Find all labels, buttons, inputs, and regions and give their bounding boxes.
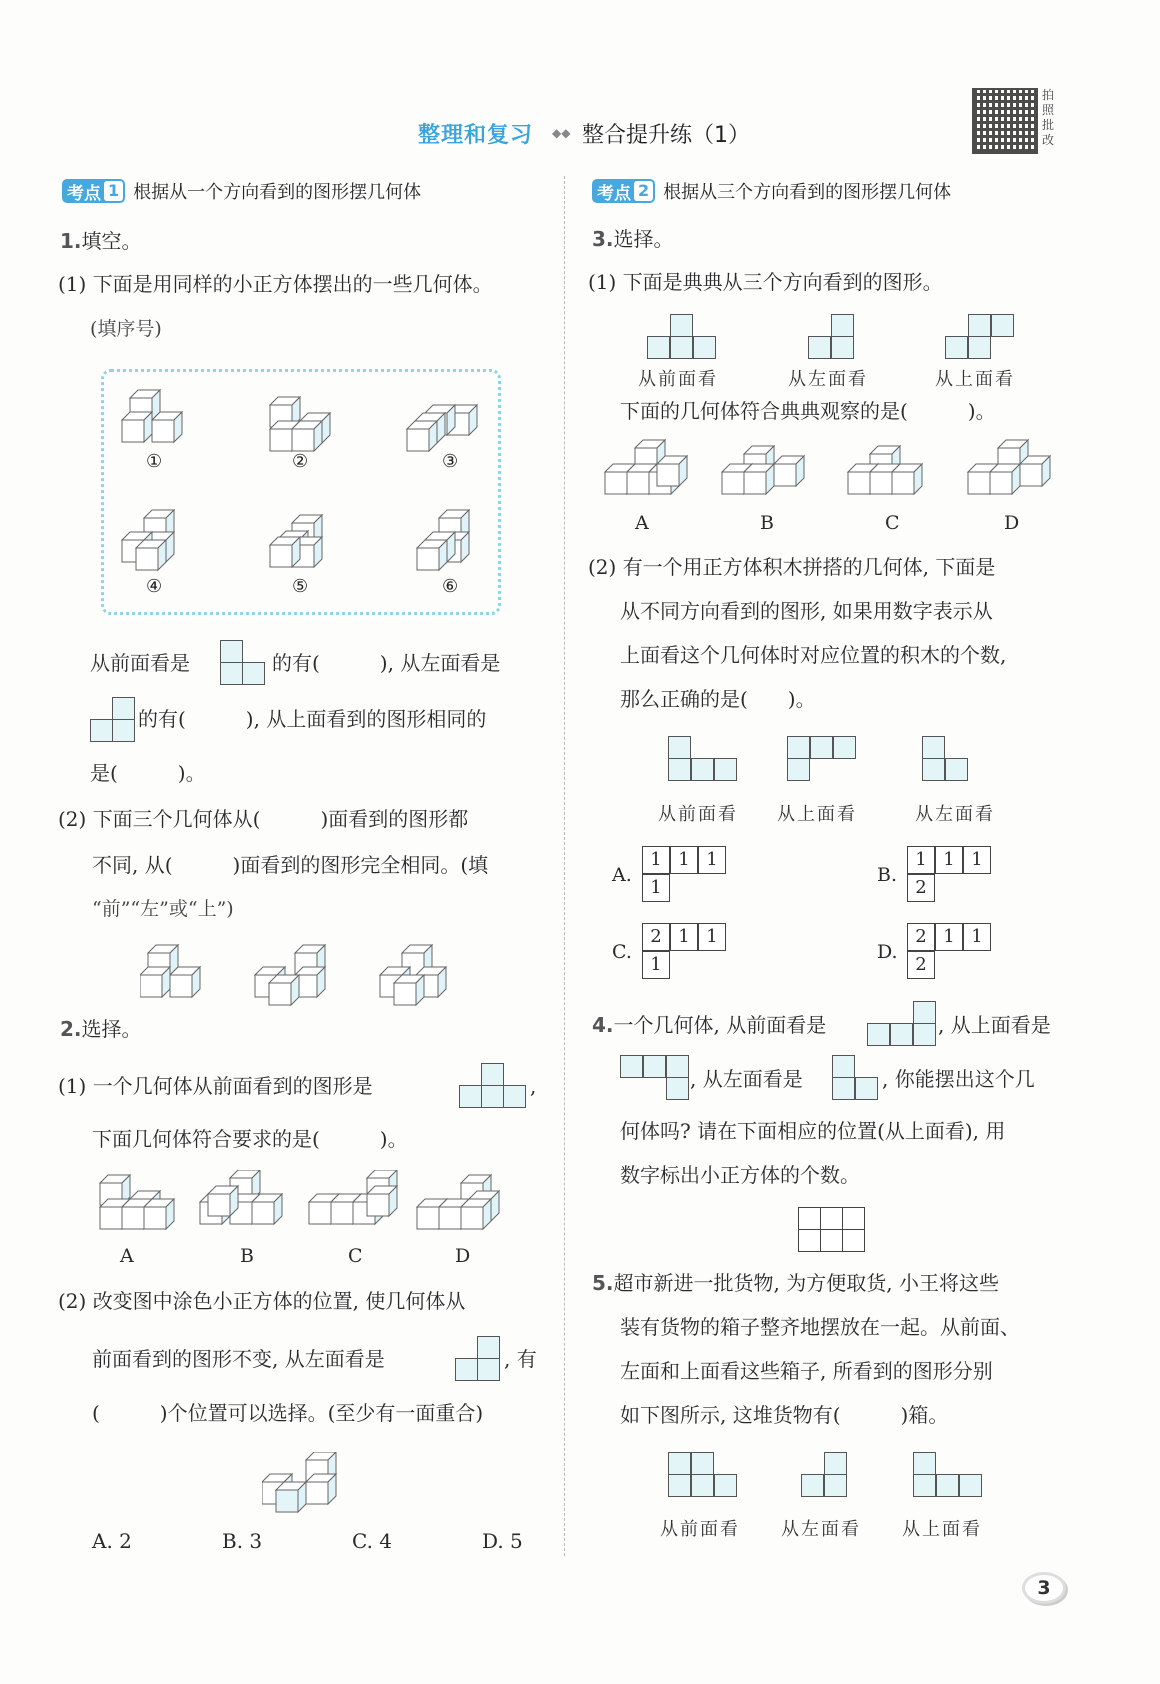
q1-sentence-1b: 的有( ), 从左面看是 bbox=[272, 652, 500, 674]
q1-part2-line1: (2) 下面三个几何体从( )面看到的图形都 bbox=[58, 808, 468, 830]
option-b-label[interactable]: B bbox=[240, 1245, 254, 1267]
q4-line4: 数字标出小正方体的个数。 bbox=[620, 1164, 860, 1186]
svg-text:①: ① bbox=[146, 451, 162, 472]
svg-text:②: ② bbox=[292, 451, 308, 472]
q1-hint: (填序号) bbox=[90, 318, 162, 340]
q4-line3: 何体吗? 请在下面相应的位置(从上面看), 用 bbox=[620, 1120, 1005, 1142]
qr-label: 拍照批改 bbox=[1042, 88, 1056, 148]
q4-line1a: 4.一个几何体, 从前面看是 bbox=[592, 1014, 826, 1036]
q1-part1-text: (1) 下面是用同样的小正方体摆出的一些几何体。 bbox=[58, 273, 493, 295]
option-c-label[interactable]: C bbox=[348, 1245, 363, 1267]
q5-line4: 如下图所示, 这堆货物有( )箱。 bbox=[620, 1404, 948, 1426]
q2-part2-line2a: 前面看到的图形不变, 从左面看是 bbox=[92, 1348, 385, 1370]
q3-part1-line2: 下面的几何体符合典典观察的是( )。 bbox=[620, 400, 996, 422]
q2-part2-figure bbox=[262, 1452, 352, 1522]
svg-text:⑥: ⑥ bbox=[442, 576, 458, 597]
q3-part1-line1: (1) 下面是典典从三个方向看到的图形。 bbox=[588, 271, 943, 293]
q2-part2-line1: (2) 改变图中涂色小正方体的位置, 使几何体从 bbox=[58, 1290, 465, 1312]
q5-line3: 左面和上面看这些箱子, 所看到的图形分别 bbox=[620, 1360, 993, 1382]
q1-part2-line3: “前”“左”或“上”) bbox=[92, 898, 234, 920]
q2-part2-option-b[interactable]: B. 3 bbox=[222, 1530, 262, 1552]
svg-text:④: ④ bbox=[146, 576, 162, 597]
page-number: 3 bbox=[1022, 1572, 1066, 1604]
q1-sentence-1a: 从前面看是 bbox=[90, 652, 190, 674]
qr-code-icon[interactable] bbox=[972, 88, 1038, 154]
question-3-title: 3.选择。 bbox=[592, 228, 674, 250]
question-2-title: 2.选择。 bbox=[60, 1018, 142, 1040]
topic-header-2: 考点2 根据从三个方向看到的图形摆几何体 bbox=[592, 178, 951, 204]
q1-part2-line2: 不同, 从( )面看到的图形完全相同。(填 bbox=[92, 854, 488, 876]
q5-line2: 装有货物的箱子整齐地摆放在一起。从前面、 bbox=[620, 1316, 1020, 1338]
q2-part1-line1: (1) 一个几何体从前面看到的图形是 bbox=[58, 1075, 373, 1097]
q1-part2-figures bbox=[140, 942, 470, 1008]
q2-part2-option-a[interactable]: A. 2 bbox=[92, 1530, 132, 1552]
topic-header-1: 考点1 根据从一个方向看到的图形摆几何体 bbox=[62, 178, 421, 204]
q3-part2-line4: 那么正确的是( )。 bbox=[620, 688, 816, 710]
q5-line1: 5.超市新进一批货物, 为方便取货, 小王将这些 bbox=[592, 1272, 999, 1294]
q3-part1-option-figures bbox=[600, 438, 1070, 508]
option-d-label[interactable]: D bbox=[455, 1245, 470, 1267]
topic-badge: 考点2 bbox=[592, 179, 655, 203]
q3-option-a[interactable]: A bbox=[635, 512, 649, 534]
q2-part2-option-d[interactable]: D. 5 bbox=[482, 1530, 523, 1552]
section-title: 整理和复习 bbox=[418, 118, 533, 149]
q2-part1-line2: 下面几何体符合要求的是( )。 bbox=[92, 1128, 408, 1150]
q2-part1-option-figures bbox=[95, 1170, 515, 1240]
diamond-separator-icon: ◆◆ bbox=[552, 126, 570, 140]
svg-text:③: ③ bbox=[442, 451, 458, 472]
q3-option-d[interactable]: D bbox=[1004, 512, 1019, 534]
q2-part2-line3: ( )个位置可以选择。(至少有一面重合) bbox=[92, 1402, 483, 1424]
question-1-title: 1.填空。 bbox=[60, 230, 142, 252]
topic-title: 根据从一个方向看到的图形摆几何体 bbox=[133, 178, 421, 204]
q3-part2-line2: 从不同方向看到的图形, 如果用数字表示从 bbox=[620, 600, 993, 622]
q2-part2-option-c[interactable]: C. 4 bbox=[352, 1530, 392, 1552]
q3-option-c[interactable]: C bbox=[885, 512, 900, 534]
topic-title: 根据从三个方向看到的图形摆几何体 bbox=[663, 178, 951, 204]
q1-sentence-3: 是( )。 bbox=[90, 762, 206, 784]
page-title: 整合提升练（1） bbox=[582, 118, 750, 149]
topic-badge: 考点1 bbox=[62, 179, 125, 203]
q3-option-b[interactable]: B bbox=[760, 512, 774, 534]
q3-part2-line1: (2) 有一个用正方体积木拼搭的几何体, 下面是 bbox=[588, 556, 995, 578]
svg-text:⑤: ⑤ bbox=[292, 576, 308, 597]
q1-sentence-2b: 的有( ), 从上面看到的图形相同的 bbox=[138, 708, 486, 730]
q1-cube-figures: ① ② ③ ④ ⑤ ⑥ bbox=[112, 385, 492, 605]
column-divider bbox=[564, 176, 565, 1556]
option-a-label[interactable]: A bbox=[120, 1245, 134, 1267]
q3-part2-line3: 上面看这个几何体时对应位置的积木的个数, bbox=[620, 644, 1006, 666]
